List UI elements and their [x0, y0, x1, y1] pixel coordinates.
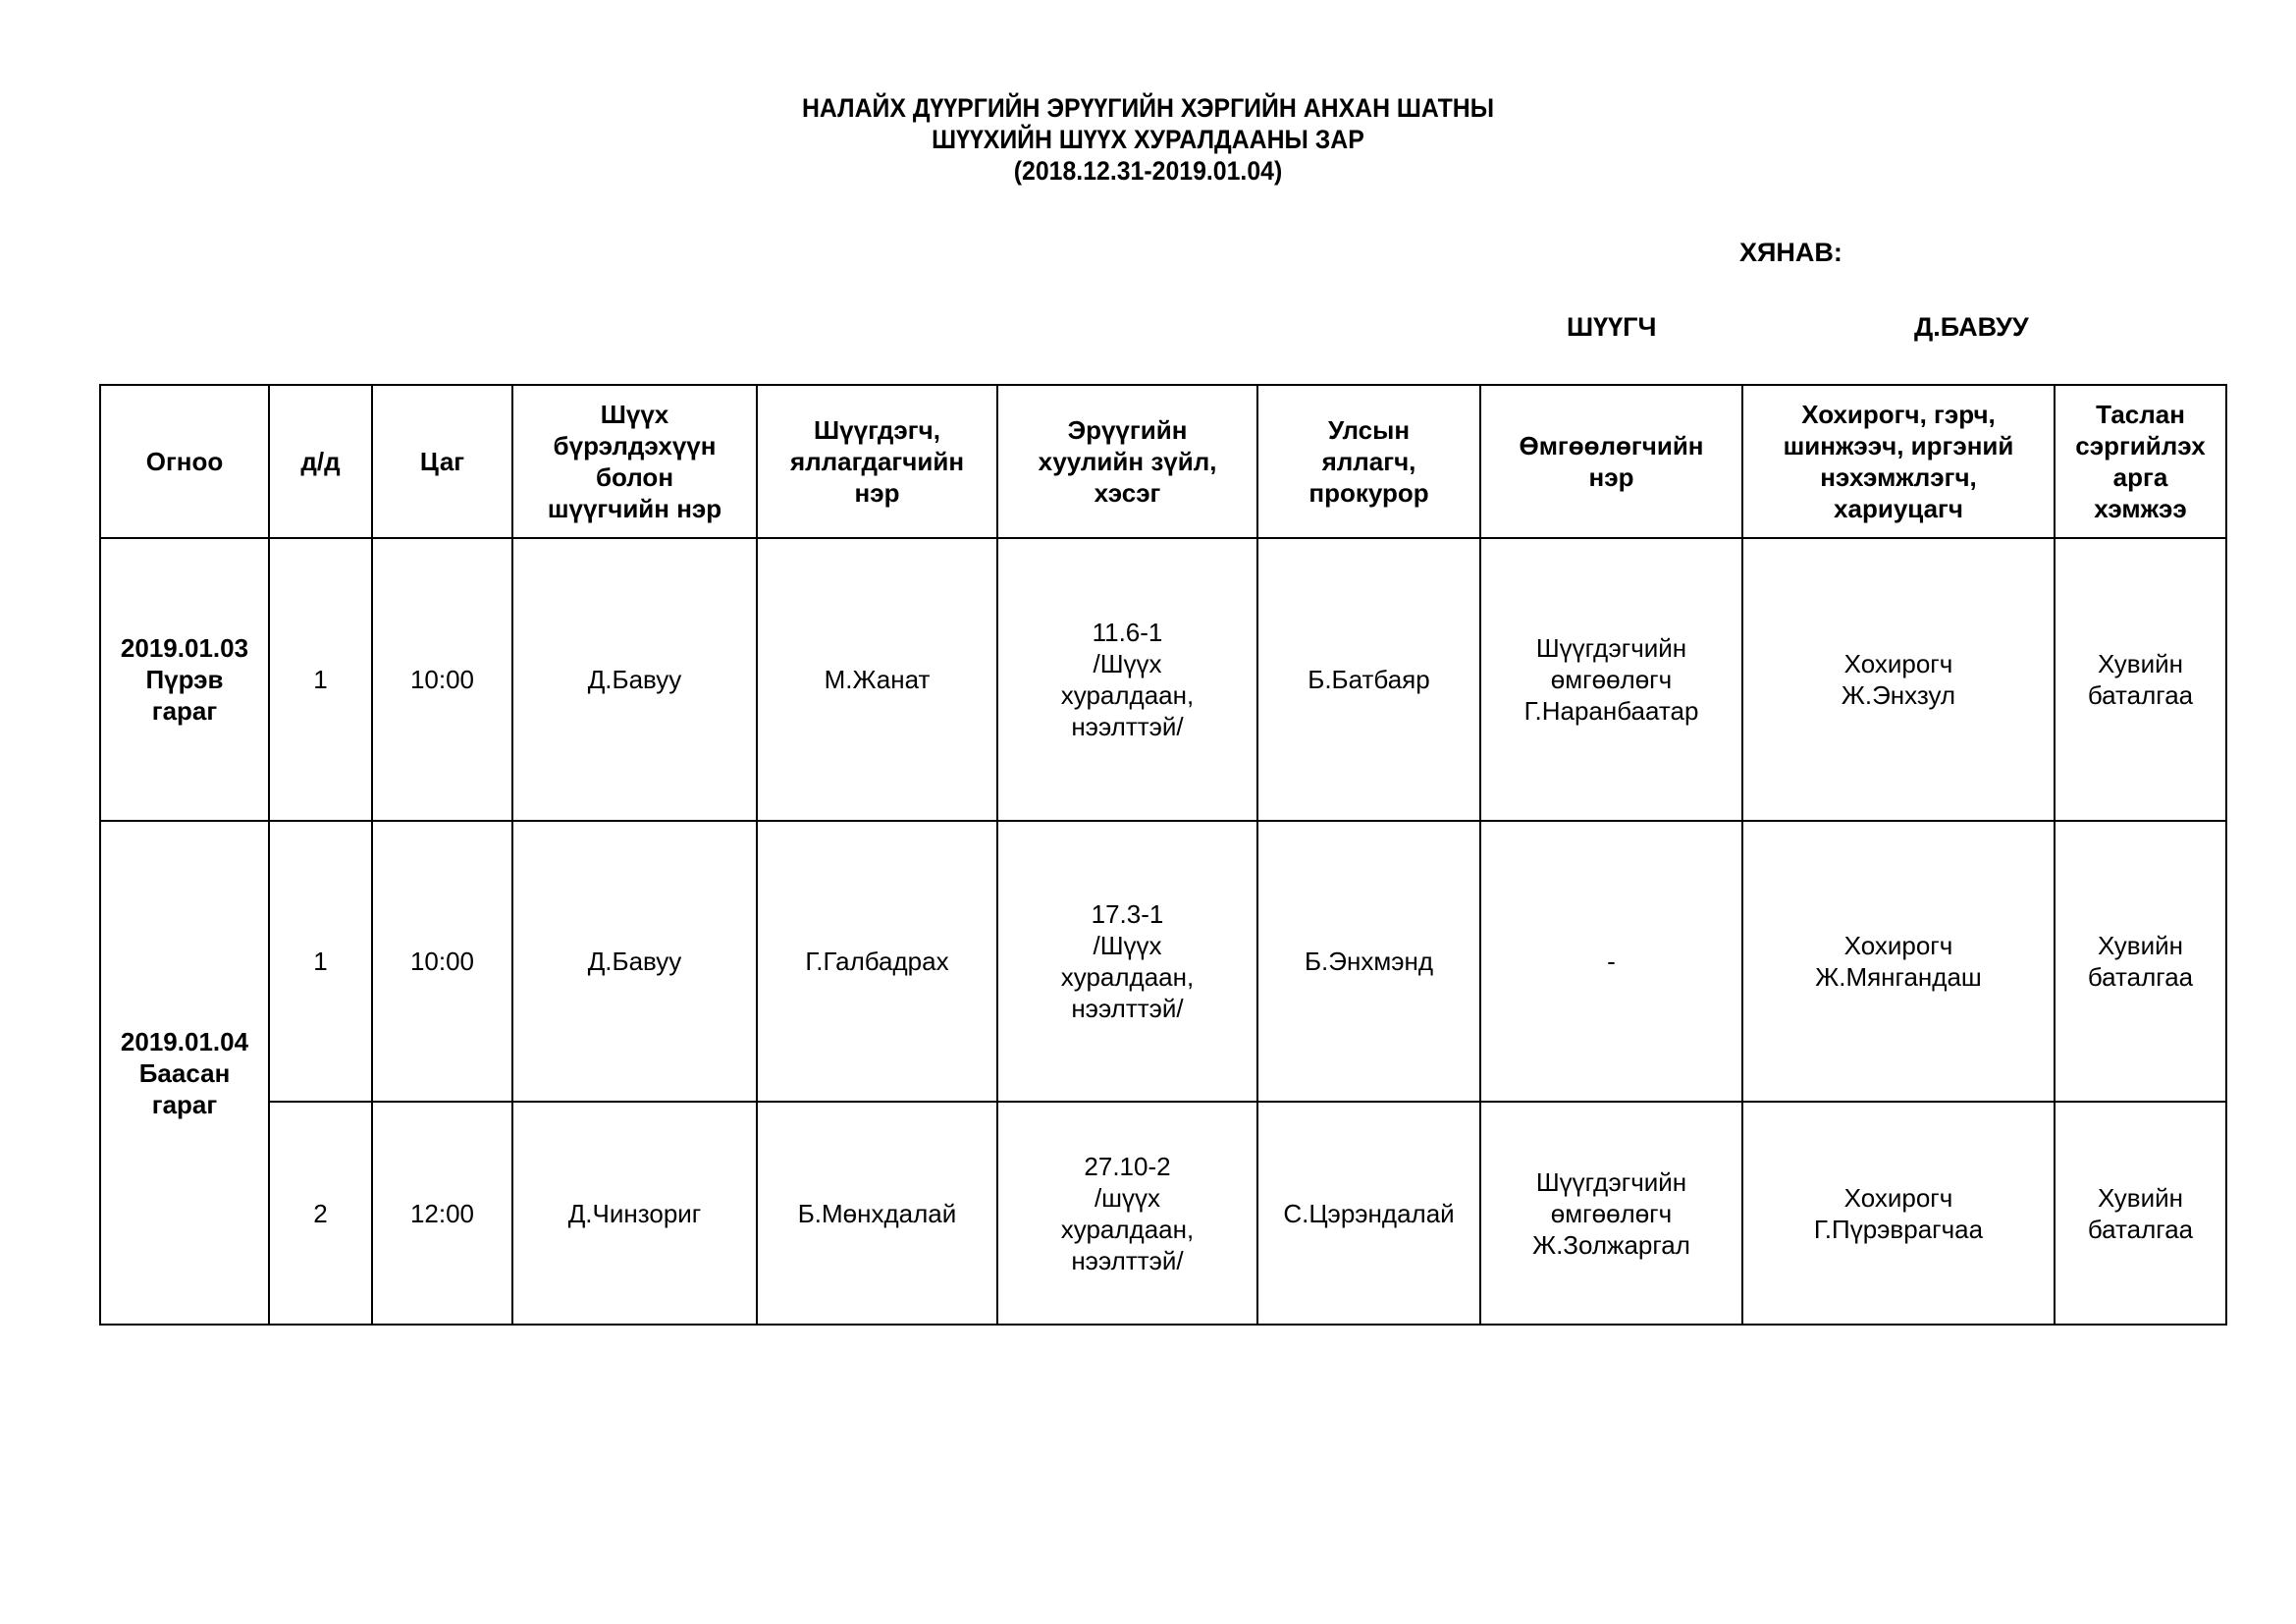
lawyer-cell: -	[1480, 821, 1742, 1102]
header-victim-text: хариуцагч	[1749, 493, 2048, 524]
article-cell-text: хуралдаан,	[1004, 961, 1251, 993]
header-measure-text: хэмжээ	[2061, 493, 2219, 524]
prosecutor-cell: С.Цэрэндалай	[1257, 1102, 1480, 1325]
table-row: 2019.01.03Пүрэвгараг110:00Д.БавууМ.Жанат…	[100, 538, 2226, 821]
judge-cell-text: Д.Чинзориг	[519, 1198, 750, 1229]
victim-cell-text: Хохирогч	[1749, 648, 2048, 679]
approval-label: ХЯНАВ:	[1739, 238, 1842, 268]
measure-cell: Хувийнбаталгаа	[2055, 821, 2226, 1102]
header-lawyer: Өмгөөлөгчийннэр	[1480, 385, 1742, 538]
lawyer-cell-text: Ж.Золжаргал	[1487, 1229, 1735, 1261]
judge-label: ШҮҮГЧ	[1567, 312, 1656, 343]
header-number: д/д	[269, 385, 372, 538]
judge-cell-text: Д.Бавуу	[519, 664, 750, 695]
measure-cell: Хувийнбаталгаа	[2055, 538, 2226, 821]
header-victim: Хохирогч, гэрч,шинжээч, иргэнийнэхэмжлэг…	[1742, 385, 2055, 538]
header-judge-text: Шүүх	[519, 399, 750, 430]
prosecutor-cell: Б.Батбаяр	[1257, 538, 1480, 821]
header-defendant-text: нэр	[764, 477, 990, 509]
article-cell-text: нээлттэй/	[1004, 1245, 1251, 1276]
header-victim-text: шинжээч, иргэний	[1749, 430, 2048, 461]
header-measure-text: арга	[2061, 461, 2219, 493]
header-victim-text: Хохирогч, гэрч,	[1749, 399, 2048, 430]
no-cell-text: 1	[276, 946, 365, 977]
defendant-cell-text: Б.Мөнхдалай	[764, 1198, 990, 1229]
measure-cell-text: баталгаа	[2061, 1214, 2219, 1245]
prosecutor-cell-text: Б.Батбаяр	[1264, 664, 1473, 695]
judge-cell-text: Д.Бавуу	[519, 946, 750, 977]
header-time: Цаг	[372, 385, 512, 538]
measure-cell-text: Хувийн	[2061, 930, 2219, 961]
victim-cell-text: Ж.Энхзул	[1749, 679, 2048, 711]
defendant-cell-text: Г.Галбадрах	[764, 946, 990, 977]
judge-cell: Д.Бавуу	[512, 821, 757, 1102]
defendant-cell: Г.Галбадрах	[757, 821, 997, 1102]
header-judge-text: бүрэлдэхүүн	[519, 430, 750, 461]
victim-cell-text: Г.Пүрэврагчаа	[1749, 1214, 2048, 1245]
no-cell: 1	[269, 821, 372, 1102]
header-measure-text: Таслан	[2061, 399, 2219, 430]
date-cell: 2019.01.03Пүрэвгараг	[100, 538, 269, 821]
lawyer-cell-text: Г.Наранбаатар	[1487, 695, 1735, 727]
time-cell: 10:00	[372, 821, 512, 1102]
header-defendant-text: яллагдагчийн	[764, 446, 990, 477]
date-text: гараг	[107, 695, 262, 727]
judge-cell: Д.Бавуу	[512, 538, 757, 821]
lawyer-cell-text: өмгөөлөгч	[1487, 1198, 1735, 1229]
no-cell-text: 2	[276, 1198, 365, 1229]
prosecutor-cell-text: С.Цэрэндалай	[1264, 1198, 1473, 1229]
article-cell-text: хуралдаан,	[1004, 679, 1251, 711]
lawyer-cell: ШүүгдэгчийнөмгөөлөгчЖ.Золжаргал	[1480, 1102, 1742, 1325]
table-row: 212:00Д.ЧинзоригБ.Мөнхдалай27.10-2/шүүхх…	[100, 1102, 2226, 1325]
article-cell: 27.10-2/шүүххуралдаан,нээлттэй/	[997, 1102, 1257, 1325]
article-cell-text: хуралдаан,	[1004, 1214, 1251, 1245]
date-text: гараг	[107, 1089, 262, 1120]
table-header-row: Огноод/дЦагШүүхбүрэлдэхүүнболоншүүгчийн …	[100, 385, 2226, 538]
measure-cell-text: баталгаа	[2061, 961, 2219, 993]
header-article-text: хуулийн зүйл,	[1004, 446, 1251, 477]
measure-cell-text: Хувийн	[2061, 1182, 2219, 1214]
victim-cell: ХохирогчЖ.Энхзул	[1742, 538, 2055, 821]
header-prosecutor-text: яллагч,	[1264, 446, 1473, 477]
article-cell: 11.6-1/Шүүххуралдаан,нээлттэй/	[997, 538, 1257, 821]
header-prosecutor-text: прокурор	[1264, 477, 1473, 509]
time-cell-text: 12:00	[379, 1198, 506, 1229]
header-article: Эрүүгийнхуулийн зүйл,хэсэг	[997, 385, 1257, 538]
title-line-3-date-range: (2018.12.31-2019.01.04)	[92, 155, 2205, 187]
article-cell-text: /Шүүх	[1004, 930, 1251, 961]
date-text: 2019.01.03	[107, 632, 262, 664]
victim-cell-text: Хохирогч	[1749, 930, 2048, 961]
no-cell-text: 1	[276, 664, 365, 695]
victim-cell-text: Хохирогч	[1749, 1182, 2048, 1214]
header-victim-text: нэхэмжлэгч,	[1749, 461, 2048, 493]
header-defendant: Шүүгдэгч,яллагдагчийннэр	[757, 385, 997, 538]
article-cell-text: 27.10-2	[1004, 1151, 1251, 1182]
judge-cell: Д.Чинзориг	[512, 1102, 757, 1325]
date-cell: 2019.01.04Баасангараг	[100, 821, 269, 1325]
time-cell: 10:00	[372, 538, 512, 821]
header-measure-text: сэргийлэх	[2061, 430, 2219, 461]
hearing-schedule-table: Огноод/дЦагШүүхбүрэлдэхүүнболоншүүгчийн …	[99, 384, 2227, 1326]
date-text: 2019.01.04	[107, 1026, 262, 1057]
document-title: НАЛАЙХ ДҮҮРГИЙН ЭРҮҮГИЙН ХЭРГИЙН АНХАН Ш…	[0, 92, 2296, 187]
lawyer-cell: ШүүгдэгчийнөмгөөлөгчГ.Наранбаатар	[1480, 538, 1742, 821]
title-line-1: НАЛАЙХ ДҮҮРГИЙН ЭРҮҮГИЙН ХЭРГИЙН АНХАН Ш…	[92, 92, 2205, 124]
article-cell-text: нээлттэй/	[1004, 993, 1251, 1024]
victim-cell-text: Ж.Мянгандаш	[1749, 961, 2048, 993]
header-article-text: Эрүүгийн	[1004, 414, 1251, 446]
header-judge: Шүүхбүрэлдэхүүнболоншүүгчийн нэр	[512, 385, 757, 538]
lawyer-cell-text: Шүүгдэгчийн	[1487, 1166, 1735, 1198]
victim-cell: ХохирогчГ.Пүрэврагчаа	[1742, 1102, 2055, 1325]
judge-name: Д.БАВУУ	[1914, 312, 2029, 343]
table-row: 2019.01.04Баасангараг110:00Д.БавууГ.Галб…	[100, 821, 2226, 1102]
header-date-text: Огноо	[107, 446, 262, 477]
header-article-text: хэсэг	[1004, 477, 1251, 509]
article-cell-text: 17.3-1	[1004, 898, 1251, 930]
measure-cell: Хувийнбаталгаа	[2055, 1102, 2226, 1325]
header-judge-text: шүүгчийн нэр	[519, 493, 750, 524]
date-text: Пүрэв	[107, 664, 262, 695]
header-lawyer-text: Өмгөөлөгчийн	[1487, 430, 1735, 461]
defendant-cell-text: М.Жанат	[764, 664, 990, 695]
no-cell: 2	[269, 1102, 372, 1325]
header-number-text: д/д	[276, 446, 365, 477]
lawyer-cell-text: Шүүгдэгчийн	[1487, 632, 1735, 664]
victim-cell: ХохирогчЖ.Мянгандаш	[1742, 821, 2055, 1102]
header-lawyer-text: нэр	[1487, 461, 1735, 493]
article-cell-text: нээлттэй/	[1004, 711, 1251, 742]
lawyer-cell-text: -	[1487, 946, 1735, 977]
header-defendant-text: Шүүгдэгч,	[764, 414, 990, 446]
article-cell-text: 11.6-1	[1004, 617, 1251, 648]
header-time-text: Цаг	[379, 446, 506, 477]
article-cell-text: /Шүүх	[1004, 648, 1251, 679]
measure-cell-text: баталгаа	[2061, 679, 2219, 711]
header-date: Огноо	[100, 385, 269, 538]
prosecutor-cell-text: Б.Энхмэнд	[1264, 946, 1473, 977]
article-cell-text: /шүүх	[1004, 1182, 1251, 1214]
defendant-cell: Б.Мөнхдалай	[757, 1102, 997, 1325]
header-judge-text: болон	[519, 461, 750, 493]
header-prosecutor-text: Улсын	[1264, 414, 1473, 446]
header-prosecutor: Улсыняллагч,прокурор	[1257, 385, 1480, 538]
measure-cell-text: Хувийн	[2061, 648, 2219, 679]
date-text: Баасан	[107, 1057, 262, 1089]
time-cell-text: 10:00	[379, 946, 506, 977]
lawyer-cell-text: өмгөөлөгч	[1487, 664, 1735, 695]
title-line-2: ШҮҮХИЙН ШҮҮХ ХУРАЛДААНЫ ЗАР	[92, 124, 2205, 155]
prosecutor-cell: Б.Энхмэнд	[1257, 821, 1480, 1102]
time-cell: 12:00	[372, 1102, 512, 1325]
header-measure: Таслансэргийлэхаргахэмжээ	[2055, 385, 2226, 538]
no-cell: 1	[269, 538, 372, 821]
article-cell: 17.3-1/Шүүххуралдаан,нээлттэй/	[997, 821, 1257, 1102]
defendant-cell: М.Жанат	[757, 538, 997, 821]
time-cell-text: 10:00	[379, 664, 506, 695]
